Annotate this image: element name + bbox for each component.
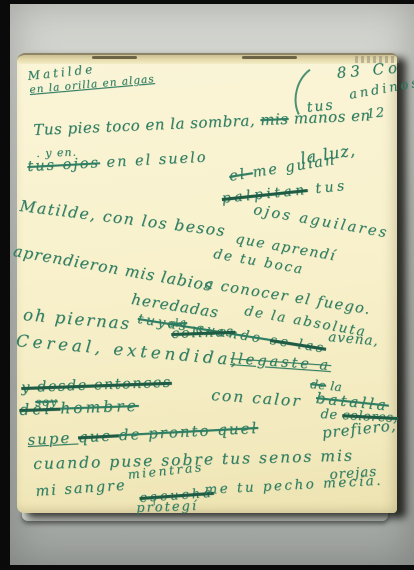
crossed-out-word: de pronto quel: [118, 419, 258, 444]
handwriting-text: manos en: [288, 106, 371, 128]
handwriting-text: Tus pies toco en la sombra,: [33, 111, 261, 139]
handwriting-line: ojos aguilares: [252, 202, 390, 242]
crossed-out-word: se las: [269, 332, 327, 357]
handwriting-line: me tu pecho mecía.: [204, 473, 383, 498]
crossed-out-word: mis: [260, 110, 289, 129]
crossed-out-word: hombre: [60, 397, 139, 418]
handwriting-text: de: [320, 407, 342, 423]
handwriting-line: y desde entonces: [21, 375, 172, 396]
handwriting-text: en el suelo: [100, 150, 208, 172]
handwriting-line: del hombre: [19, 397, 139, 419]
handwriting-line: supe que de pronto quel: [27, 419, 259, 449]
handwriting-text: me tu pecho mecía.: [204, 473, 383, 498]
handwriting-line: colinas: [171, 324, 235, 342]
handwriting-text: Matilde, con los besos: [19, 197, 227, 240]
handwriting-text: supe: [27, 428, 78, 449]
handwriting-text: avena,: [328, 329, 380, 349]
handwriting-line: protegí: [136, 499, 198, 516]
handwriting-text: me guían: [252, 152, 338, 181]
handwriting-text: ojos aguilares: [252, 202, 390, 242]
handwriting-line: aprendieron mis labios: [12, 242, 214, 295]
manuscript-photo: Matildeen la orilla en algas83 Coandinos…: [0, 0, 414, 570]
handwriting-text: mi sangre: [35, 478, 127, 500]
handwriting-text: tus: [307, 178, 349, 198]
handwriting-line: avena,: [328, 329, 380, 349]
handwriting-text: con calor: [211, 386, 303, 410]
crossed-out-word: el: [228, 165, 254, 185]
crossed-out-word: del: [19, 400, 61, 419]
handwriting-text: aprendieron mis labios: [12, 242, 214, 295]
crossed-out-word: tus ojos: [27, 155, 100, 175]
handwriting-line: con calor: [211, 386, 303, 410]
handwriting-text: oh piernas: [22, 305, 131, 333]
handwriting-line: oh piernas: [22, 305, 131, 333]
crossed-out-word: que: [78, 426, 120, 446]
handwriting-line: 83 Co: [336, 58, 402, 82]
handwriting-layer: Matildeen la orilla en algas83 Coandinos…: [0, 0, 414, 570]
crossed-out-word: colinas: [171, 324, 235, 342]
handwriting-text: protegí: [136, 499, 198, 516]
handwriting-line: mi sangre: [35, 478, 127, 500]
handwriting-text: 83 Co: [336, 58, 402, 82]
crossed-out-word: y desde entonces: [21, 375, 172, 396]
handwriting-line: Tus pies toco en la sombra, mis manos en: [33, 106, 371, 139]
handwriting-line: Matilde, con los besos: [19, 197, 227, 240]
